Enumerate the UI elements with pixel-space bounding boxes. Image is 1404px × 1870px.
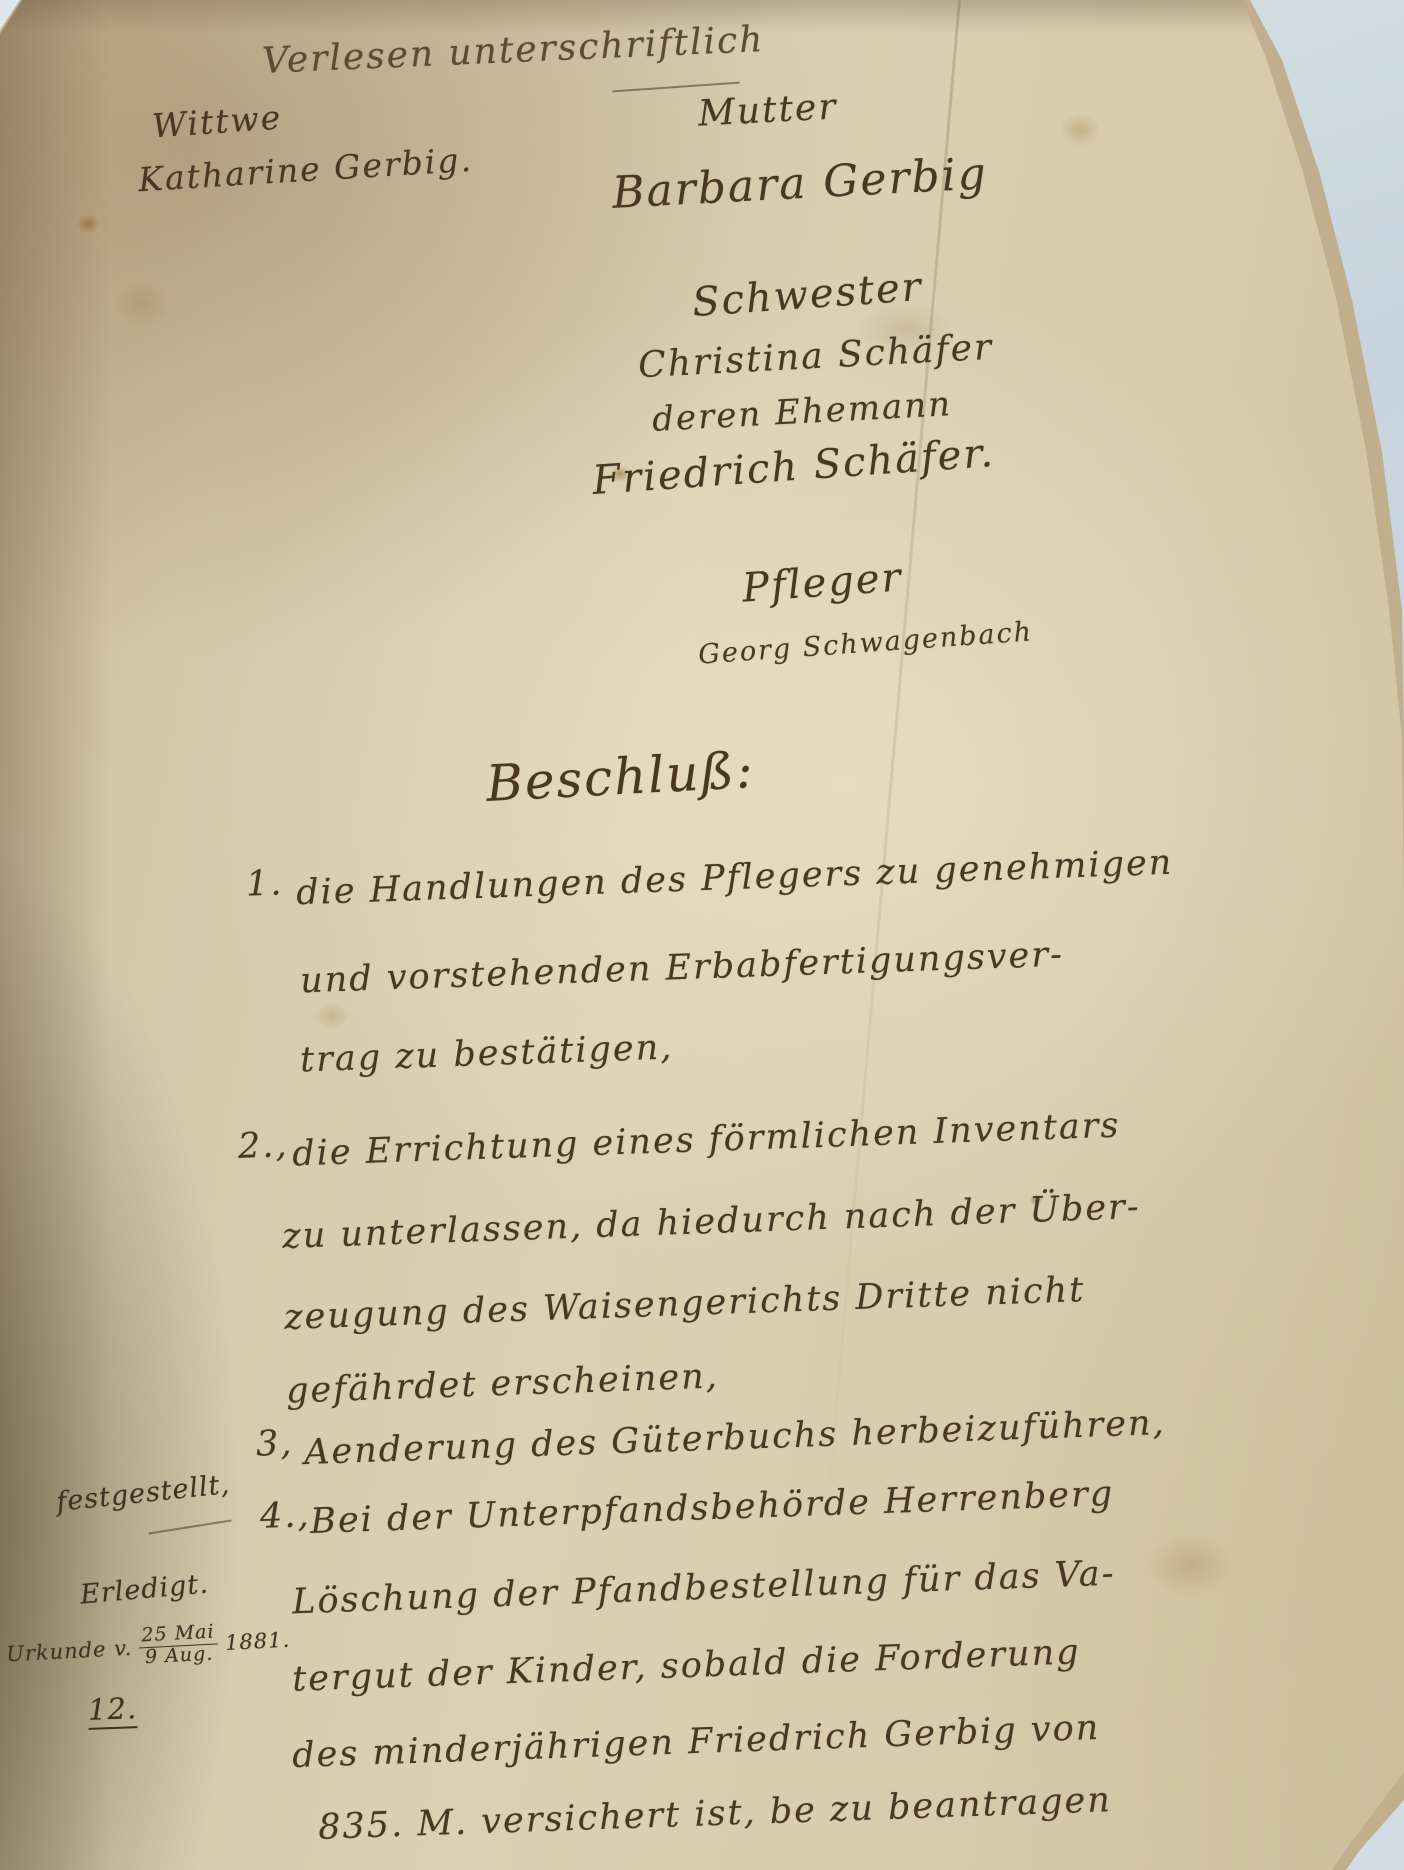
margin-date-fraction: 25 Mai 9 Aug. bbox=[138, 1622, 219, 1668]
item-1-number: 1. bbox=[245, 863, 284, 904]
margin-date-year: 1881. bbox=[224, 1628, 290, 1655]
margin-date-bottom: 9 Aug. bbox=[145, 1645, 214, 1668]
margin-date-prefix: Urkunde v. bbox=[6, 1636, 133, 1667]
margin-number: 12. bbox=[87, 1691, 137, 1730]
photo-of-document: Verlesen unterschriftlich Wittwe Kathari… bbox=[0, 0, 1404, 1870]
party-role-mutter: Mutter bbox=[697, 86, 838, 134]
item-4-number: 4., bbox=[259, 1495, 311, 1537]
item-3-number: 3, bbox=[255, 1423, 294, 1464]
item-2-number: 2., bbox=[237, 1125, 289, 1167]
